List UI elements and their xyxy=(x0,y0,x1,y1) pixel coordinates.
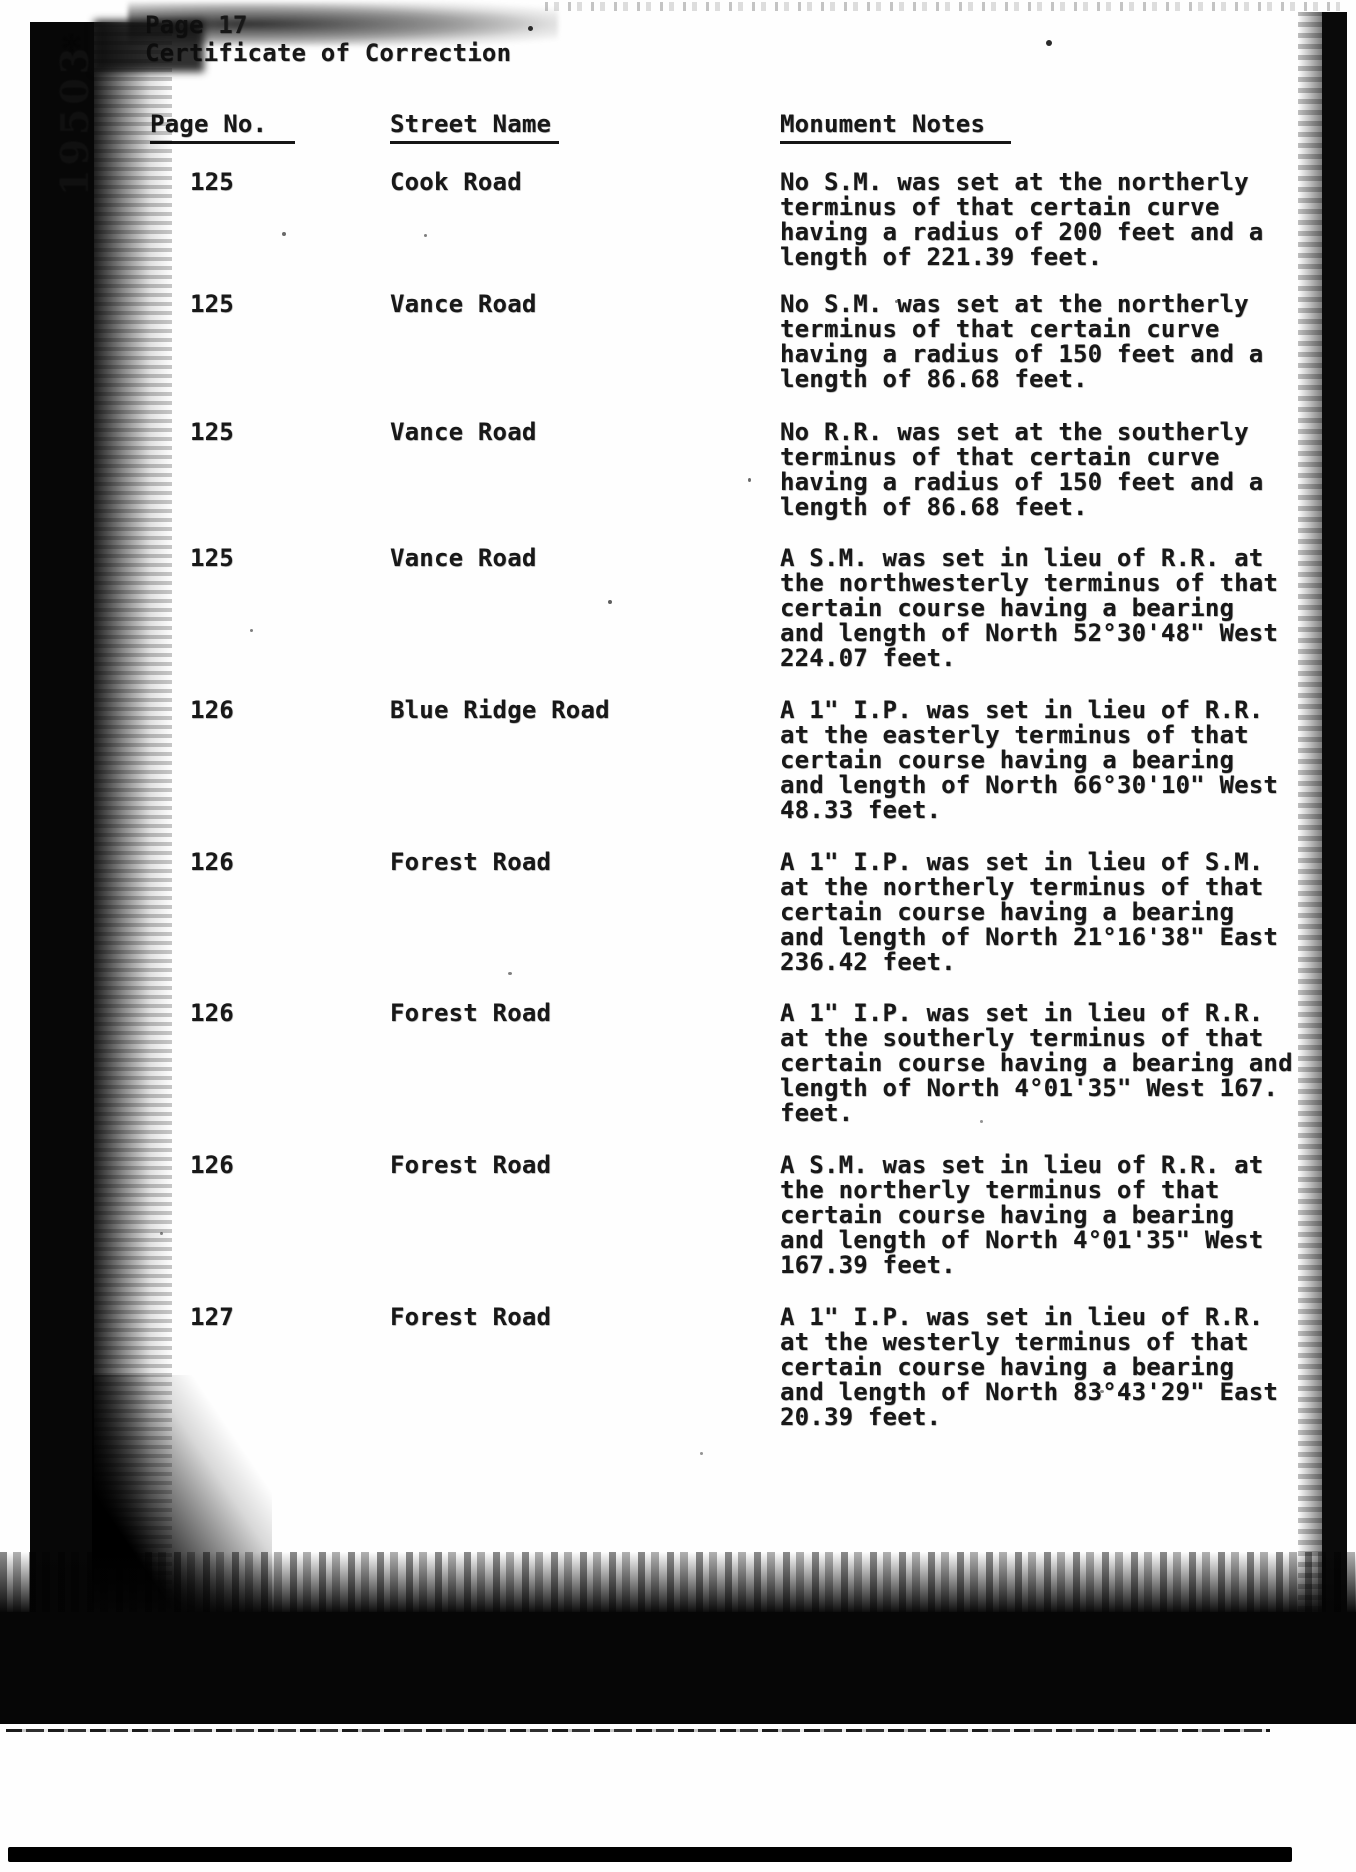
note-line: certain course having a bearing xyxy=(780,1203,1340,1228)
row-street-name: Vance Road xyxy=(390,420,537,445)
stamp-asterisk-mark: * xyxy=(62,28,81,70)
row-page-no: 125 xyxy=(190,292,234,317)
note-line: A 1" I.P. was set in lieu of R.R. xyxy=(780,1001,1340,1026)
note-line: at the westerly terminus of that xyxy=(780,1330,1340,1355)
note-line: 48.33 feet. xyxy=(780,798,1340,823)
note-line: certain course having a bearing xyxy=(780,748,1340,773)
scan-speck xyxy=(895,300,898,303)
note-line: 236.42 feet. xyxy=(780,950,1340,975)
note-line: the northerly terminus of that xyxy=(780,1178,1340,1203)
row-note: A 1" I.P. was set in lieu of R.R.at the … xyxy=(780,1305,1340,1430)
row-page-no: 125 xyxy=(190,420,234,445)
note-line: and length of North 83°43'29" East xyxy=(780,1380,1340,1405)
scanned-document-page: 19503 * Page 17 Certificate of Correctio… xyxy=(0,0,1356,1872)
bottom-solid-bar xyxy=(8,1847,1292,1862)
row-street-name: Forest Road xyxy=(390,1001,551,1026)
row-street-name: Forest Road xyxy=(390,1305,551,1330)
row-note: No S.M. was set at the northerlyterminus… xyxy=(780,292,1340,392)
row-page-no: 125 xyxy=(190,546,234,571)
note-line: terminus of that certain curve xyxy=(780,317,1340,342)
note-line: No S.M. was set at the northerly xyxy=(780,292,1340,317)
note-line: 167.39 feet. xyxy=(780,1253,1340,1278)
row-note: A 1" I.P. was set in lieu of R.R.at the … xyxy=(780,1001,1340,1126)
note-line: length of 86.68 feet. xyxy=(780,367,1340,392)
row-page-no: 126 xyxy=(190,1153,234,1178)
scan-speck xyxy=(250,629,253,632)
row-street-name: Vance Road xyxy=(390,292,537,317)
scan-speck xyxy=(1046,40,1052,46)
note-line: having a radius of 150 feet and a xyxy=(780,342,1340,367)
row-page-no: 125 xyxy=(190,170,234,195)
scan-speck xyxy=(748,478,751,482)
bottom-scan-band xyxy=(0,1612,1356,1724)
note-line: having a radius of 150 feet and a xyxy=(780,470,1340,495)
note-line: length of North 4°01'35" West 167. xyxy=(780,1076,1340,1101)
row-note: A S.M. was set in lieu of R.R. atthe nor… xyxy=(780,546,1340,671)
note-line: A 1" I.P. was set in lieu of S.M. xyxy=(780,850,1340,875)
note-line: feet. xyxy=(780,1101,1340,1126)
row-note: No R.R. was set at the southerlyterminus… xyxy=(780,420,1340,520)
note-line: No S.M. was set at the northerly xyxy=(780,170,1340,195)
right-edge-fringe xyxy=(1298,12,1322,1644)
note-line: at the northerly terminus of that xyxy=(780,875,1340,900)
note-line: certain course having a bearing xyxy=(780,900,1340,925)
left-gutter-band xyxy=(30,22,94,1647)
note-line: A S.M. was set in lieu of R.R. at xyxy=(780,1153,1340,1178)
note-line: 224.07 feet. xyxy=(780,646,1340,671)
row-street-name: Forest Road xyxy=(390,850,551,875)
row-page-no: 126 xyxy=(190,698,234,723)
note-line: at the easterly terminus of that xyxy=(780,723,1340,748)
note-line: A S.M. was set in lieu of R.R. at xyxy=(780,546,1340,571)
note-line: 20.39 feet. xyxy=(780,1405,1340,1430)
row-street-name: Vance Road xyxy=(390,546,537,571)
dashed-separator-line xyxy=(6,1729,1270,1732)
row-note: A 1" I.P. was set in lieu of R.R.at the … xyxy=(780,698,1340,823)
scan-speck xyxy=(1100,1390,1104,1393)
note-line: A 1" I.P. was set in lieu of R.R. xyxy=(780,1305,1340,1330)
scan-speck xyxy=(508,972,512,975)
note-line: certain course having a bearing xyxy=(780,596,1340,621)
row-note: A S.M. was set in lieu of R.R. atthe nor… xyxy=(780,1153,1340,1278)
scan-speck xyxy=(282,232,286,236)
row-page-no: 126 xyxy=(190,1001,234,1026)
scan-speck xyxy=(608,600,612,604)
scan-speck xyxy=(207,172,211,176)
right-edge-strip xyxy=(1322,12,1347,1644)
bottom-scan-band-ragged-edge xyxy=(0,1552,1356,1614)
note-line: No R.R. was set at the southerly xyxy=(780,420,1340,445)
left-gutter-top-blob xyxy=(94,20,204,72)
row-page-no: 126 xyxy=(190,850,234,875)
row-page-no: 127 xyxy=(190,1305,234,1330)
row-note: A 1" I.P. was set in lieu of S.M.at the … xyxy=(780,850,1340,975)
note-line: the northwesterly terminus of that xyxy=(780,571,1340,596)
row-street-name: Forest Road xyxy=(390,1153,551,1178)
note-line: certain course having a bearing xyxy=(780,1355,1340,1380)
note-line: and length of North 52°30'48" West xyxy=(780,621,1340,646)
note-line: certain course having a bearing and xyxy=(780,1051,1340,1076)
note-line: having a radius of 200 feet and a xyxy=(780,220,1340,245)
row-street-name: Cook Road xyxy=(390,170,522,195)
note-line: length of 221.39 feet. xyxy=(780,245,1340,270)
scan-speck xyxy=(700,1452,703,1455)
note-line: and length of North 4°01'35" West xyxy=(780,1228,1340,1253)
note-line: terminus of that certain curve xyxy=(780,195,1340,220)
scan-speck xyxy=(980,1120,983,1123)
note-line: terminus of that certain curve xyxy=(780,445,1340,470)
note-line: length of 86.68 feet. xyxy=(780,495,1340,520)
scan-speck xyxy=(528,26,533,31)
note-line: and length of North 66°30'10" West xyxy=(780,773,1340,798)
note-line: at the southerly terminus of that xyxy=(780,1026,1340,1051)
note-line: A 1" I.P. was set in lieu of R.R. xyxy=(780,698,1340,723)
scan-speck xyxy=(424,234,427,237)
row-note: No S.M. was set at the northerlyterminus… xyxy=(780,170,1340,270)
note-line: and length of North 21°16'38" East xyxy=(780,925,1340,950)
row-street-name: Blue Ridge Road xyxy=(390,698,610,723)
